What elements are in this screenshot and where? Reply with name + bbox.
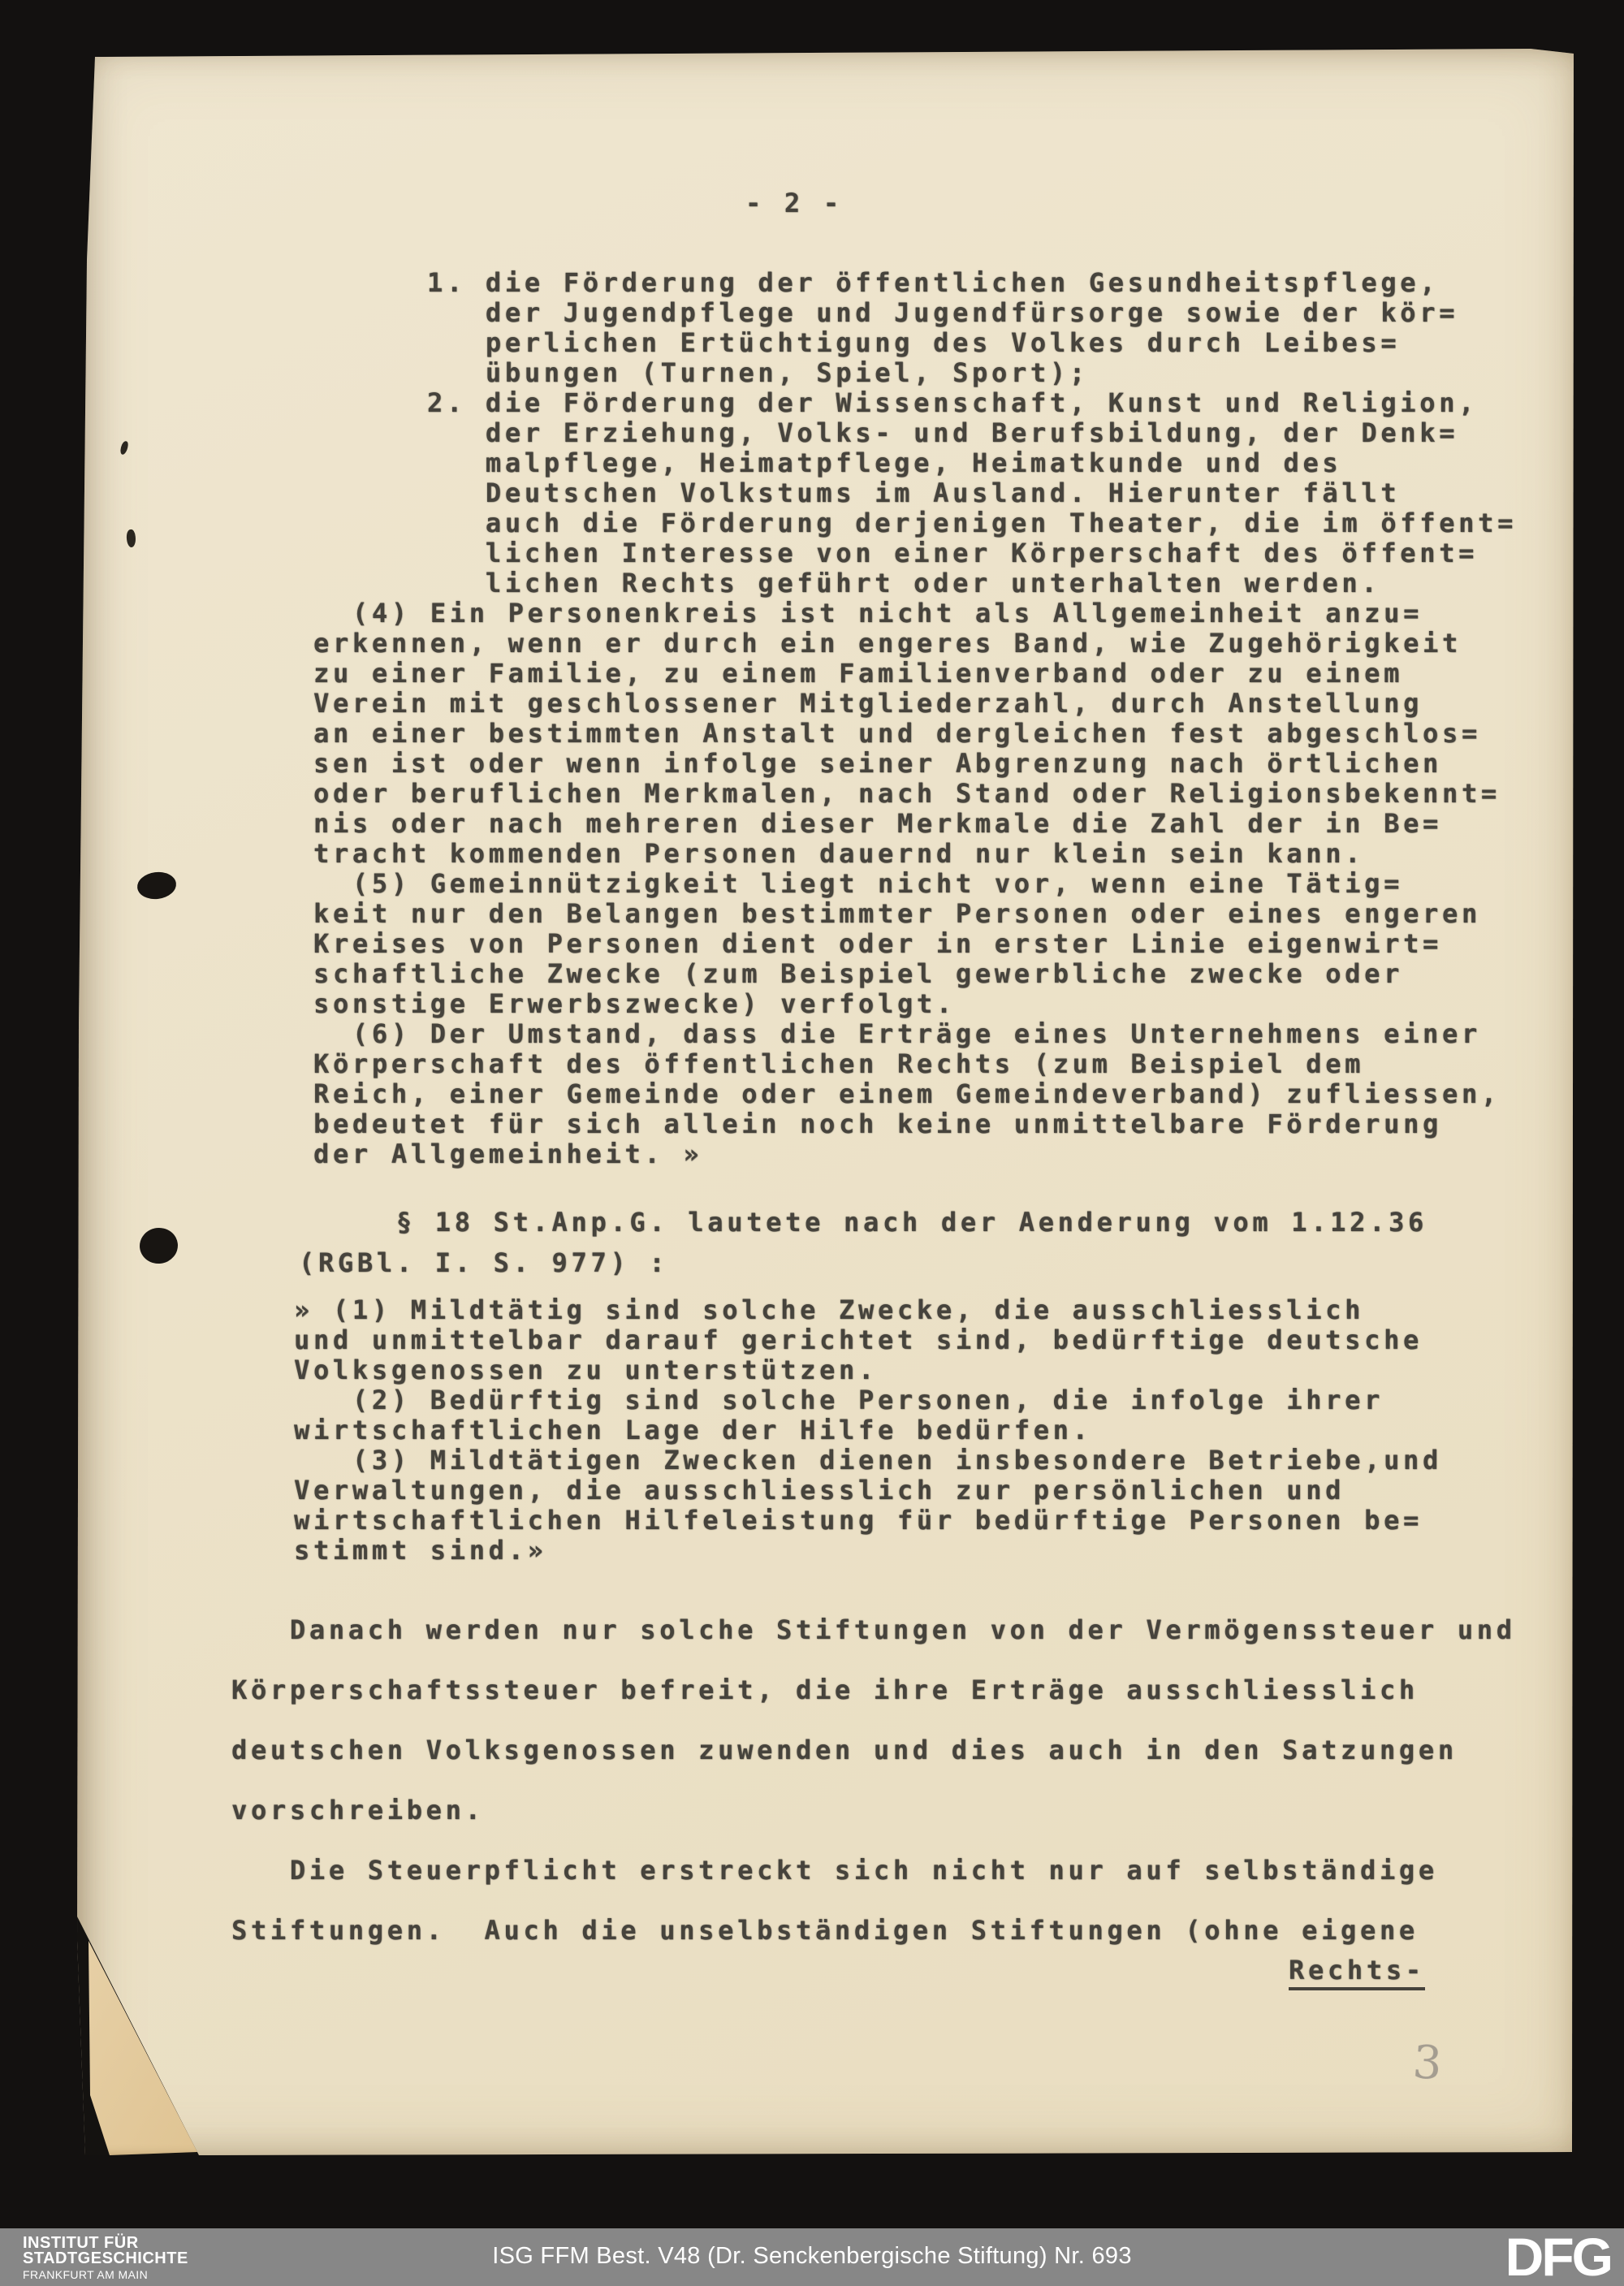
catchword: Rechts- — [1289, 1955, 1425, 1990]
typed-line: an einer bestimmten Anstalt und dergleic… — [313, 719, 1501, 749]
dfg-logo: DFG — [1505, 2228, 1611, 2286]
paper-tear-speck — [119, 440, 129, 455]
typed-line: (6) Der Umstand, dass die Erträge eines … — [313, 1019, 1501, 1049]
typed-line: und unmittelbar darauf gerichtet sind, b… — [294, 1325, 1442, 1355]
typed-line: » (1) Mildtätig sind solche Zwecke, die … — [294, 1295, 1442, 1325]
typed-line: perlichen Ertüchtigung des Volkes durch … — [427, 328, 1517, 358]
typed-line: vorschreiben. — [231, 1780, 1516, 1840]
typed-line: bedeutet für sich allein noch keine unmi… — [313, 1109, 1501, 1139]
typed-line: 2. die Förderung der Wissenschaft, Kunst… — [427, 388, 1517, 418]
typed-line: Kreises von Personen dient oder in erste… — [313, 929, 1501, 959]
typed-line: keit nur den Belangen bestimmter Persone… — [313, 899, 1501, 929]
handwritten-page-number: 3 — [1411, 2036, 1444, 2090]
typed-quote-paragraphs-1-2-3: » (1) Mildtätig sind solche Zwecke, die … — [294, 1295, 1442, 1566]
typed-line: tracht kommenden Personen dauernd nur kl… — [313, 839, 1501, 869]
typed-line: Verein mit geschlossener Mitgliederzahl,… — [313, 689, 1501, 719]
typed-line: stimmt sind.» — [294, 1536, 1442, 1566]
typed-line: lichen Rechts geführt oder unterhalten w… — [427, 568, 1517, 599]
punch-hole-bottom — [137, 1225, 179, 1265]
typed-line: der Erziehung, Volks- und Berufsbildung,… — [427, 418, 1517, 448]
typed-line: Verwaltungen, die ausschliesslich zur pe… — [294, 1476, 1442, 1506]
typed-paragraphs-4-5-6: (4) Ein Personenkreis ist nicht als Allg… — [313, 599, 1501, 1169]
page-number: - 2 - — [745, 188, 843, 218]
typed-line: lichen Interesse von einer Körperschaft … — [427, 538, 1517, 568]
typed-line: Deutschen Volkstums im Ausland. Hierunte… — [427, 478, 1517, 508]
document-page: - 2 - 1. die Förderung der öffentlichen … — [77, 49, 1575, 2155]
typed-line: § 18 St.Anp.G. lautete nach der Aenderun… — [299, 1202, 1427, 1242]
typed-line: Körperschaft des öffentlichen Rechts (zu… — [313, 1049, 1501, 1079]
typed-line: erkennen, wenn er durch ein engeres Band… — [313, 629, 1501, 659]
typed-line: Die Steuerpflicht erstreckt sich nicht n… — [231, 1840, 1516, 1900]
archive-footer-bar: INSTITUT FÜR STADTGESCHICHTE FRANKFURT A… — [0, 2228, 1624, 2286]
typed-line: (RGBl. I. S. 977) : — [299, 1242, 1427, 1283]
typed-line: (3) Mildtätigen Zwecken dienen insbesond… — [294, 1445, 1442, 1476]
typed-line: Stiftungen. Auch die unselbständigen Sti… — [231, 1900, 1516, 1960]
typed-line: malpflege, Heimatpflege, Heimatkunde und… — [427, 448, 1517, 478]
typed-line: zu einer Familie, zu einem Familienverba… — [313, 659, 1501, 689]
typed-line: Volksgenossen zu unterstützen. — [294, 1355, 1442, 1385]
typed-line: Danach werden nur solche Stiftungen von … — [231, 1600, 1516, 1660]
typed-line: wirtschaftlichen Hilfeleistung für bedür… — [294, 1506, 1442, 1536]
punch-hole-top — [136, 870, 178, 901]
typed-line: sen ist oder wenn infolge seiner Abgrenz… — [313, 749, 1501, 779]
typed-line: der Allgemeinheit. » — [313, 1139, 1501, 1169]
typed-line: auch die Förderung derjenigen Theater, d… — [427, 508, 1517, 538]
typed-line: übungen (Turnen, Spiel, Sport); — [427, 358, 1517, 388]
typed-line: 1. die Förderung der öffentlichen Gesund… — [427, 268, 1517, 298]
typed-line: (4) Ein Personenkreis ist nicht als Allg… — [313, 599, 1501, 629]
typed-line: Körperschaftssteuer befreit, die ihre Er… — [231, 1660, 1516, 1720]
paper-tear-speck — [126, 529, 136, 547]
typed-line: deutschen Volksgenossen zuwenden und die… — [231, 1720, 1516, 1780]
typed-section-reference: § 18 St.Anp.G. lautete nach der Aenderun… — [299, 1202, 1427, 1283]
typed-closing-paragraphs: Danach werden nur solche Stiftungen von … — [231, 1600, 1516, 1960]
archive-reference: ISG FFM Best. V48 (Dr. Senckenbergische … — [0, 2243, 1624, 2270]
typed-numbered-list: 1. die Förderung der öffentlichen Gesund… — [427, 268, 1517, 599]
typed-line: Reich, einer Gemeinde oder einem Gemeind… — [313, 1079, 1501, 1109]
typed-line: (5) Gemeinnützigkeit liegt nicht vor, we… — [313, 869, 1501, 899]
typed-line: (2) Bedürftig sind solche Personen, die … — [294, 1385, 1442, 1415]
typed-line: schaftliche Zwecke (zum Beispiel gewerbl… — [313, 959, 1501, 989]
archive-scan-page: { "page": { "page_number": "- 2 -", "han… — [0, 0, 1624, 2286]
typed-line: oder beruflichen Merkmalen, nach Stand o… — [313, 779, 1501, 809]
typed-line: der Jugendpflege und Jugendfürsorge sowi… — [427, 298, 1517, 328]
typed-line: nis oder nach mehreren dieser Merkmale d… — [313, 809, 1501, 839]
typed-line: sonstige Erwerbszwecke) verfolgt. — [313, 989, 1501, 1019]
typed-line: wirtschaftlichen Lage der Hilfe bedürfen… — [294, 1415, 1442, 1445]
